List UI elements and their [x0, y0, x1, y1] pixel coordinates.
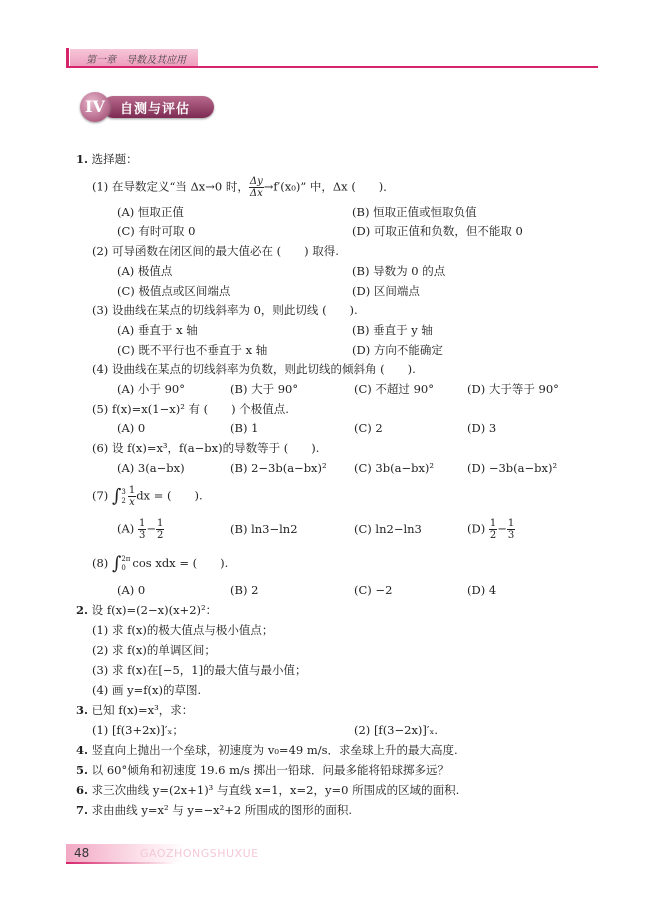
section-number: IV [80, 97, 110, 116]
option-1-4-b: (B) 大于 90° [230, 382, 298, 396]
option-1-3-d: (D) 方向不能确定 [352, 343, 443, 357]
question-1-6-stem: (6) 设 f(x)=x³，f(a−bx)的导数等于 ( ). [92, 441, 319, 455]
question-7: 7. 求由曲线 y=x² 与 y=−x²+2 所围成的图形的面积. [76, 803, 352, 817]
option-1-8-c: (C) −2 [354, 583, 392, 597]
option-1-5-b: (B) 1 [230, 421, 258, 435]
option-1-8-b: (B) 2 [230, 583, 258, 597]
question-4: 4. 竖直向上抛出一个垒球，初速度为 v₀=49 m/s．求垒球上升的最大高度. [76, 743, 458, 757]
question-3-part-1: (1) [f(3+2x)]′ₓ； [92, 723, 184, 737]
footer-brand: GAOZHONGSHUXUE [140, 847, 259, 860]
option-1-6-c: (C) 3b(a−bx)² [354, 461, 434, 475]
option-1-1-b: (B) 恒取正值或恒取负值 [352, 205, 477, 219]
header-accent-bar [66, 48, 69, 66]
question-6: 6. 求三次曲线 y=(2x+1)³ 与直线 x=1，x=2，y=0 所围成的区… [76, 783, 459, 797]
integral-sign: ∫ [112, 553, 121, 574]
option-1-3-b: (B) 垂直于 y 轴 [352, 323, 433, 337]
option-1-1-a: (A) 恒取正值 [117, 205, 184, 219]
fraction: ΔyΔx [249, 176, 264, 199]
option-1-4-a: (A) 小于 90° [117, 382, 185, 396]
option-1-6-a: (A) 3(a−bx) [117, 461, 185, 475]
question-1-8-stem: (8) ∫2π0cos xdx = ( ). [92, 555, 228, 573]
question-1-1-stem: (1) 在导数定义“当 Δx→0 时，ΔyΔx→f′(x₀)” 中，Δx ( )… [92, 176, 395, 199]
footer-rule [66, 862, 176, 864]
question-2-part-3: (3) 求 f(x)在[−5，1]的最大值与最小值； [92, 663, 307, 677]
option-1-2-c: (C) 极值点或区间端点 [117, 284, 230, 298]
question-1-7-stem: (7) ∫321xdx = ( ). [92, 485, 203, 508]
option-1-7-c: (C) ln2−ln3 [354, 522, 422, 536]
option-1-2-b: (B) 导数为 0 的点 [352, 264, 445, 278]
option-1-8-d: (D) 4 [467, 583, 496, 597]
question-1-heading: 1. 选择题： [76, 152, 138, 166]
question-1-5-stem: (5) f(x)=x(1−x)² 有 ( ) 个极值点. [92, 402, 289, 416]
question-2-part-1: (1) 求 f(x)的极大值点与极小值点； [92, 623, 273, 637]
question-3-part-2: (2) [f(3−2x)]′ₓ. [354, 723, 438, 737]
question-3-stem: 3. 已知 f(x)=x³，求： [76, 703, 193, 717]
question-1-3-stem: (3) 设曲线在某点的切线斜率为 0，则此切线 ( ). [92, 303, 358, 317]
option-1-2-a: (A) 极值点 [117, 264, 172, 278]
question-2-stem: 2. 设 f(x)=(2−x)(x+2)²： [76, 603, 217, 617]
question-2-part-2: (2) 求 f(x)的单调区间； [92, 643, 216, 657]
option-1-6-d: (D) −3b(a−bx)² [467, 461, 557, 475]
option-1-4-c: (C) 不超过 90° [354, 382, 434, 396]
question-1-4-stem: (4) 设曲线在某点的切线斜率为负数，则此切线的倾斜角 ( ). [92, 362, 416, 376]
option-1-3-c: (C) 既不平行也不垂直于 x 轴 [117, 343, 267, 357]
fraction: 1x [128, 485, 136, 508]
option-1-1-d: (D) 可取正值和负数，但不能取 0 [352, 224, 523, 238]
question-2-part-4: (4) 画 y=f(x)的草图. [92, 683, 201, 697]
option-1-7-b: (B) ln3−ln2 [230, 522, 298, 536]
chapter-title: 第一章 导数及其应用 [86, 51, 186, 66]
question-1-2-stem: (2) 可导函数在闭区间的最大值必在 ( ) 取得. [92, 244, 339, 258]
option-1-3-a: (A) 垂直于 x 轴 [117, 323, 198, 337]
section-title: 自测与评估 [120, 98, 190, 117]
option-1-5-c: (C) 2 [354, 421, 383, 435]
option-1-5-a: (A) 0 [117, 421, 145, 435]
option-1-6-b: (B) 2−3b(a−bx)² [230, 461, 327, 475]
option-1-2-d: (D) 区间端点 [352, 284, 420, 298]
header-rule [66, 66, 598, 68]
option-1-4-d: (D) 大于等于 90° [467, 382, 559, 396]
question-5: 5. 以 60°倾角和初速度 19.6 m/s 掷出一铅球．问最多能将铅球掷多远… [76, 763, 449, 777]
option-1-7-d: (D) 12−13 [467, 518, 515, 541]
page-number: 48 [74, 846, 89, 860]
option-1-5-d: (D) 3 [467, 421, 496, 435]
option-1-1-c: (C) 有时可取 0 [117, 224, 195, 238]
option-1-7-a: (A) 13−12 [117, 518, 164, 541]
option-1-8-a: (A) 0 [117, 583, 145, 597]
integral-sign: ∫ [112, 486, 121, 507]
